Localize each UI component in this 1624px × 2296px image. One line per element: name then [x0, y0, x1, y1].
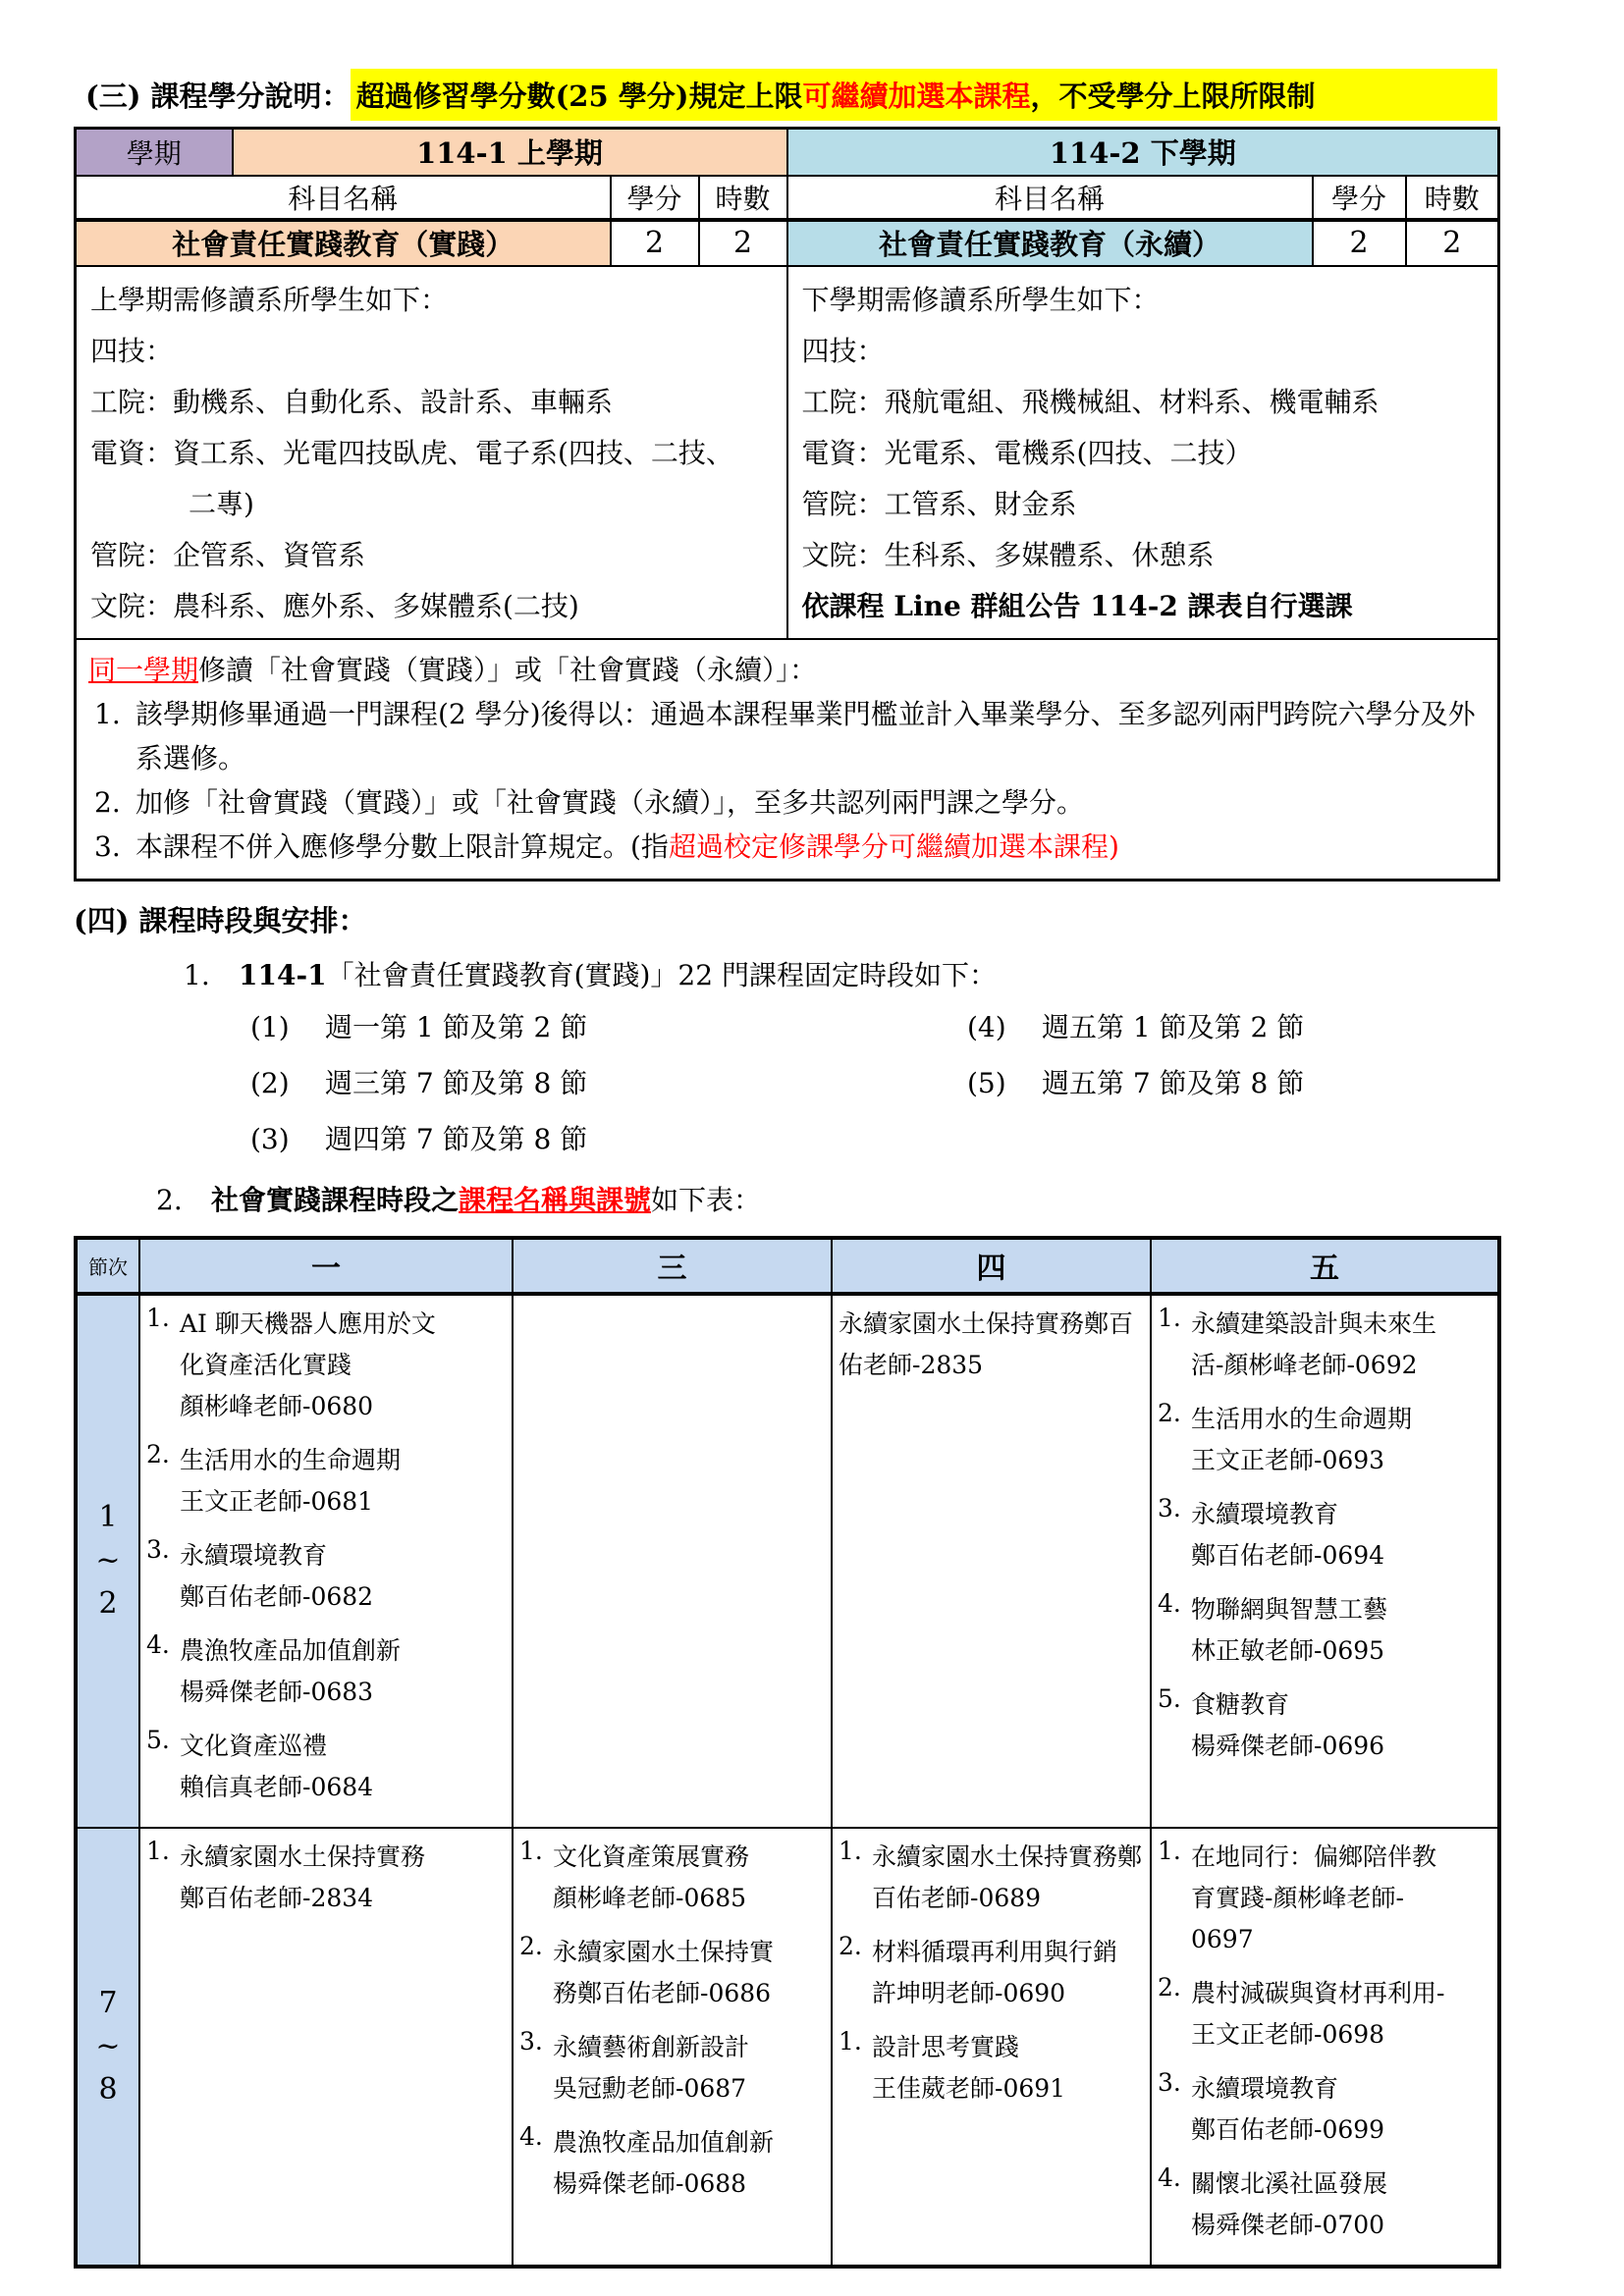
course-item: 1.永續家園水土保持實務鄭百佑老師-2834 — [144, 1837, 510, 1919]
section-title: 課程學分說明： — [151, 80, 351, 113]
course-item: 3.永續環境教育鄭百佑老師-0699 — [1156, 2068, 1495, 2151]
course-item-lines: 文化資產巡禮賴信真老師-0684 — [180, 1726, 510, 1808]
course-item: 1.永續建築設計與未來生活-顏彬峰老師-0692 — [1156, 1304, 1495, 1386]
course-line: 農漁牧產品加值創新 — [180, 1630, 510, 1672]
course-line: 物聯網與智慧工藝 — [1191, 1589, 1495, 1630]
text-line: 電資：資工系、光電四技臥虎、電子系(四技、二技、 — [90, 428, 775, 479]
timeslot-number: (2) — [250, 1055, 325, 1111]
text-part: 超過修習學分數(25 學分)規定上限 — [356, 80, 803, 113]
course-item: 4.物聯網與智慧工藝林正敏老師-0695 — [1156, 1589, 1495, 1672]
text-part: 加修「社會實踐（實踐）」或「社會實踐（永續）」，至多共認列兩門課之學分。 — [135, 786, 1084, 819]
text-part: 修讀「社會實踐（實踐）」或「社會實踐（永續）」： — [198, 654, 817, 686]
timeslot-lists: (1)週一第 1 節及第 2 節(2)週三第 7 節及第 8 節(3)週四第 7… — [74, 999, 1497, 1167]
timeslot-item: (5)週五第 7 節及第 8 節 — [967, 1055, 1497, 1111]
course-sustain-hours: 2 — [1406, 220, 1499, 266]
course-item-number: 2. — [837, 1932, 872, 2014]
text-line: 文院：生科系、多媒體系、休憩系 — [802, 530, 1487, 581]
course-line: 顏彬峰老師-0685 — [553, 1878, 829, 1919]
course-item-number: 1. — [1156, 1837, 1191, 1960]
course-item: 2.生活用水的生命週期王文正老師-0681 — [144, 1440, 510, 1522]
course-practice-credits: 2 — [611, 220, 699, 266]
schedule-item-2: 2. 社會實踐課程時段之課程名稱與課號如下表： — [74, 1177, 1497, 1224]
course-item: 1.文化資產策展實務顏彬峰老師-0685 — [517, 1837, 829, 1919]
course-line: 佑老師-2835 — [839, 1345, 1148, 1386]
course-line: 在地同行：偏鄉陪伴教 — [1191, 1837, 1495, 1878]
course-line: 王文正老師-0693 — [1191, 1440, 1495, 1481]
period-numbers: 7~8 — [79, 1830, 137, 2264]
course-item: 3.永續環境教育鄭百佑老師-0694 — [1156, 1494, 1495, 1576]
course-line: 楊舜傑老師-0683 — [180, 1672, 510, 1713]
course-item-lines: 文化資產策展實務顏彬峰老師-0685 — [553, 1837, 829, 1919]
course-item-number: 2. — [1156, 1973, 1191, 2056]
course-item-number: 3. — [1156, 1494, 1191, 1576]
course-item: 4.農漁牧產品加值創新楊舜傑老師-0688 — [517, 2122, 829, 2205]
timetable-header-friday: 五 — [1151, 1238, 1499, 1294]
course-line: 楊舜傑老師-0700 — [1191, 2205, 1495, 2246]
note-item-text: 該學期修畢通過一門課程(2 學分)後得以：通過本課程畢業門檻並計入畢業學分、至多… — [135, 692, 1488, 780]
course-line: 楊舜傑老師-0688 — [553, 2163, 829, 2205]
course-item: 5.文化資產巡禮賴信真老師-0684 — [144, 1726, 510, 1808]
course-item-number: 1. — [144, 1837, 180, 1919]
credit-limit-highlight: 超過修習學分數(25 學分)規定上限可繼續加選本課程，不受學分上限所限制 — [351, 69, 1497, 121]
course-line: 永續家園水土保持實務 — [180, 1837, 510, 1878]
section-schedule: (四) 課程時段與安排： 1. 114-1「社會責任實踐教育(實踐)」22 門課… — [74, 897, 1497, 1224]
section-number: (三) — [85, 80, 151, 113]
text-line: 依課程 Line 群組公告 114-2 課表自行選課 — [802, 581, 1487, 632]
text-line: 電資：光電系、電機系(四技、二技） — [802, 428, 1487, 479]
course-line: 農漁牧產品加值創新 — [553, 2122, 829, 2163]
course-item-number: 1. — [1156, 1304, 1191, 1386]
course-item-number: 1. — [144, 1304, 180, 1427]
course-line: 農村減碳與資材再利用- — [1191, 1973, 1495, 2014]
timeslot-list-left: (1)週一第 1 節及第 2 節(2)週三第 7 節及第 8 節(3)週四第 7… — [250, 999, 967, 1167]
semester-course-table: 學期 114-1 上學期 114-2 下學期 科目名稱 學分 時數 科目名稱 學… — [74, 127, 1500, 881]
course-item-number: 1. — [517, 1837, 553, 1919]
course-line: 永續環境教育 — [1191, 1494, 1495, 1535]
semester-label-cell: 學期 — [76, 129, 233, 176]
course-line: 永續家園水土保持實務鄭百 — [839, 1304, 1148, 1345]
note-item-number: 1. — [86, 692, 135, 780]
semester-1-cell: 114-1 上學期 — [233, 129, 787, 176]
course-item-lines: 生活用水的生命週期王文正老師-0681 — [180, 1440, 510, 1522]
course-item-number: 4. — [1156, 2163, 1191, 2246]
course-item-number: 3. — [144, 1535, 180, 1618]
text-part: 同一學期 — [88, 654, 198, 686]
course-item-lines: 農漁牧產品加值創新楊舜傑老師-0683 — [180, 1630, 510, 1713]
cell-wednesday-7-8: 1.文化資產策展實務顏彬峰老師-06852.永續家園水土保持實務鄭百佑老師-06… — [513, 1828, 832, 2267]
course-item-number: 3. — [517, 2027, 553, 2109]
course-sustain-name: 社會責任實踐教育（永續） — [787, 220, 1313, 266]
course-line: 務鄭百佑老師-0686 — [553, 1973, 829, 2014]
course-item-number: 4. — [1156, 1589, 1191, 1672]
schedule-item-1-text: 114-1「社會責任實踐教育(實踐)」22 門課程固定時段如下： — [239, 952, 997, 999]
course-item-lines: 永續環境教育鄭百佑老師-0694 — [1191, 1494, 1495, 1576]
timeslot-item: (2)週三第 7 節及第 8 節 — [250, 1055, 967, 1111]
course-item: 1.在地同行：偏鄉陪伴教育實踐-顏彬峰老師-0697 — [1156, 1837, 1495, 1960]
text-part: ，不受學分上限所限制 — [1030, 80, 1315, 113]
semester-2-cell: 114-2 下學期 — [787, 129, 1499, 176]
text-part: 超過校定修課學分可繼續加選本課程 — [669, 830, 1109, 863]
period-cell-7-8: 7~8 — [76, 1828, 139, 2267]
text-line: 工院：飛航電組、飛機械組、材料系、機電輔系 — [802, 377, 1487, 428]
text-part: ) — [1109, 830, 1119, 863]
timetable: 節次 一 三 四 五 1~2 1.AI 聊天機器人應用於文化資產活化實踐顏彬峰老… — [74, 1236, 1501, 2269]
course-item-number: 1. — [837, 2027, 872, 2109]
section-heading-credits-label: (三) 課程學分說明： — [74, 69, 351, 121]
course-line: 關懷北溪社區發展 — [1191, 2163, 1495, 2205]
dept-list-fall: 上學期需修讀系所學生如下：四技：工院：動機系、自動化系、設計系、車輛系電資：資工… — [76, 266, 787, 639]
note-item-number: 3. — [86, 825, 135, 869]
timetable-header-row: 節次 一 三 四 五 — [76, 1238, 1499, 1294]
course-item-lines: AI 聊天機器人應用於文化資產活化實踐顏彬峰老師-0680 — [180, 1304, 510, 1427]
course-line: 材料循環再利用與行銷 — [872, 1932, 1148, 1973]
course-item-number: 3. — [1156, 2068, 1191, 2151]
period-number: ~ — [95, 2025, 120, 2068]
timeslot-item: (4)週五第 1 節及第 2 節 — [967, 999, 1497, 1055]
timeslot-number: (4) — [967, 999, 1042, 1055]
period-numbers: 1~2 — [79, 1297, 137, 1826]
course-line: 王佳葳老師-0691 — [872, 2068, 1148, 2109]
course-sustain-credits: 2 — [1313, 220, 1406, 266]
course-line: 鄭百佑老師-2834 — [180, 1878, 510, 1919]
course-line: 永續建築設計與未來生 — [1191, 1304, 1495, 1345]
course-item: 4.農漁牧產品加值創新楊舜傑老師-0683 — [144, 1630, 510, 1713]
course-line: 永續家園水土保持實 — [553, 1932, 829, 1973]
course-item: 2.農村減碳與資材再利用-王文正老師-0698 — [1156, 1973, 1495, 2056]
course-item-lines: 農村減碳與資材再利用-王文正老師-0698 — [1191, 1973, 1495, 2056]
timeslot-text: 週三第 7 節及第 8 節 — [325, 1055, 587, 1111]
course-item-number: 5. — [144, 1726, 180, 1808]
period-number: 2 — [98, 1582, 117, 1626]
period-number: 1 — [98, 1496, 117, 1539]
course-practice-hours: 2 — [699, 220, 787, 266]
text-part: 114-1 — [239, 959, 327, 991]
credit-col-header-spring: 學分 — [1313, 176, 1406, 220]
timeslot-text: 週一第 1 節及第 2 節 — [325, 999, 587, 1055]
timetable-row-periods-1-2: 1~2 1.AI 聊天機器人應用於文化資產活化實踐顏彬峰老師-06802.生活用… — [76, 1294, 1499, 1828]
timetable-header-period: 節次 — [76, 1238, 139, 1294]
course-line: 文化資產策展實務 — [553, 1837, 829, 1878]
course-item-lines: 材料循環再利用與行銷許坤明老師-0690 — [872, 1932, 1148, 2014]
note-item: 3.本課程不併入應修學分數上限計算規定。(指超過校定修課學分可繼續加選本課程) — [86, 825, 1488, 869]
text-line: 管院：工管系、財金系 — [802, 479, 1487, 530]
timetable-header-monday: 一 — [139, 1238, 513, 1294]
course-item-lines: 永續環境教育鄭百佑老師-0699 — [1191, 2068, 1495, 2151]
text-line: 管院：企管系、資管系 — [90, 530, 775, 581]
notes-list: 1.該學期修畢通過一門課程(2 學分)後得以：通過本課程畢業門檻並計入畢業學分、… — [86, 692, 1488, 869]
course-line: 化資產活化實踐 — [180, 1345, 510, 1386]
course-item: 1.AI 聊天機器人應用於文化資產活化實踐顏彬峰老師-0680 — [144, 1304, 510, 1427]
course-line: 鄭百佑老師-0699 — [1191, 2109, 1495, 2151]
course-line: 林正敏老師-0695 — [1191, 1630, 1495, 1672]
note-item-text: 加修「社會實踐（實踐）」或「社會實踐（永續）」，至多共認列兩門課之學分。 — [135, 780, 1488, 825]
course-line: 許坤明老師-0690 — [872, 1973, 1148, 2014]
timeslot-list-right: (4)週五第 1 節及第 2 節(5)週五第 7 節及第 8 節 — [967, 999, 1497, 1167]
period-number: ~ — [95, 1539, 120, 1582]
course-line: AI 聊天機器人應用於文 — [180, 1304, 510, 1345]
cell-thursday-1-2: 永續家園水土保持實務鄭百佑老師-2835 — [832, 1294, 1151, 1828]
timetable-header-wednesday: 三 — [513, 1238, 832, 1294]
course-item-lines: 食糖教育楊舜傑老師-0696 — [1191, 1684, 1495, 1767]
subject-col-header-spring: 科目名稱 — [787, 176, 1313, 220]
course-item-lines: 在地同行：偏鄉陪伴教育實踐-顏彬峰老師-0697 — [1191, 1837, 1495, 1960]
document-page: (三) 課程學分說明： 超過修習學分數(25 學分)規定上限可繼續加選本課程，不… — [0, 0, 1624, 2296]
course-item-lines: 關懷北溪社區發展楊舜傑老師-0700 — [1191, 2163, 1495, 2246]
period-cell-1-2: 1~2 — [76, 1294, 139, 1828]
course-item: 3.永續環境教育鄭百佑老師-0682 — [144, 1535, 510, 1618]
cell-monday-1-2: 1.AI 聊天機器人應用於文化資產活化實踐顏彬峰老師-06802.生活用水的生命… — [139, 1294, 513, 1828]
course-item-lines: 永續家園水土保持實務鄭百佑老師-2834 — [180, 1837, 510, 1919]
note-item: 1.該學期修畢通過一門課程(2 學分)後得以：通過本課程畢業門檻並計入畢業學分、… — [86, 692, 1488, 780]
text-part: 社會實踐課程時段之 — [211, 1184, 459, 1216]
course-item-lines: 設計思考實踐王佳葳老師-0691 — [872, 2027, 1148, 2109]
note-item: 2.加修「社會實踐（實踐）」或「社會實踐（永續）」，至多共認列兩門課之學分。 — [86, 780, 1488, 825]
course-item: 永續家園水土保持實務鄭百佑老師-2835 — [837, 1304, 1148, 1386]
notes-lead: 同一學期修讀「社會實踐（實踐）」或「社會實踐（永續）」： — [86, 648, 1488, 692]
course-line: 0697 — [1191, 1919, 1495, 1960]
course-line: 王文正老師-0681 — [180, 1481, 510, 1522]
course-item-lines: 農漁牧產品加值創新楊舜傑老師-0688 — [553, 2122, 829, 2205]
text-part: 課程名稱與課號 — [459, 1184, 651, 1216]
cell-thursday-7-8: 1.永續家園水土保持實務鄭百佑老師-06892.材料循環再利用與行銷許坤明老師-… — [832, 1828, 1151, 2267]
course-line: 王文正老師-0698 — [1191, 2014, 1495, 2056]
hour-col-header-fall: 時數 — [699, 176, 787, 220]
timetable-header-thursday: 四 — [832, 1238, 1151, 1294]
text-line: 二專) — [90, 479, 775, 530]
course-line: 育實踐-顏彬峰老師- — [1191, 1878, 1495, 1919]
schedule-item-1: 1. 114-1「社會責任實踐教育(實踐)」22 門課程固定時段如下： — [74, 952, 1497, 999]
course-item-number: 5. — [1156, 1684, 1191, 1767]
course-line: 生活用水的生命週期 — [180, 1440, 510, 1481]
text-line: 四技： — [90, 326, 775, 377]
course-item: 2.材料循環再利用與行銷許坤明老師-0690 — [837, 1932, 1148, 2014]
schedule-item-2-text: 社會實踐課程時段之課程名稱與課號如下表： — [211, 1177, 761, 1224]
schedule-item-1-number: 1. — [184, 952, 239, 999]
subject-col-header-fall: 科目名稱 — [76, 176, 611, 220]
timeslot-number: (1) — [250, 999, 325, 1055]
cell-monday-7-8: 1.永續家園水土保持實務鄭百佑老師-2834 — [139, 1828, 513, 2267]
course-line: 永續環境教育 — [1191, 2068, 1495, 2109]
dept-list-spring: 下學期需修讀系所學生如下：四技：工院：飛航電組、飛機械組、材料系、機電輔系電資：… — [787, 266, 1499, 639]
course-item-lines: 永續家園水土保持實務鄭百佑老師-0686 — [553, 1932, 829, 2014]
timeslot-item: (1)週一第 1 節及第 2 節 — [250, 999, 967, 1055]
course-practice-name: 社會責任實踐教育（實踐） — [76, 220, 611, 266]
note-item-text: 本課程不併入應修學分數上限計算規定。(指超過校定修課學分可繼續加選本課程) — [135, 825, 1488, 869]
text-part: 如下表： — [651, 1184, 761, 1216]
cell-friday-7-8: 1.在地同行：偏鄉陪伴教育實踐-顏彬峰老師-06972.農村減碳與資材再利用-王… — [1151, 1828, 1499, 2267]
course-line: 鄭百佑老師-0694 — [1191, 1535, 1495, 1576]
timeslot-number: (3) — [250, 1111, 325, 1167]
course-item-lines: 永續建築設計與未來生活-顏彬峰老師-0692 — [1191, 1304, 1495, 1386]
timeslot-text: 週五第 1 節及第 2 節 — [1042, 999, 1304, 1055]
course-line: 楊舜傑老師-0696 — [1191, 1726, 1495, 1767]
course-item: 2.生活用水的生命週期王文正老師-0693 — [1156, 1399, 1495, 1481]
course-item-lines: 永續環境教育鄭百佑老師-0682 — [180, 1535, 510, 1618]
course-line: 鄭百佑老師-0682 — [180, 1576, 510, 1618]
text-line: 下學期需修讀系所學生如下： — [802, 275, 1487, 326]
hour-col-header-spring: 時數 — [1406, 176, 1499, 220]
timeslot-number: (5) — [967, 1055, 1042, 1111]
cell-wednesday-1-2 — [513, 1294, 832, 1828]
course-item-number: 4. — [144, 1630, 180, 1713]
course-line: 生活用水的生命週期 — [1191, 1399, 1495, 1440]
course-item-number: 1. — [837, 1837, 872, 1919]
timeslot-item: (3)週四第 7 節及第 8 節 — [250, 1111, 967, 1167]
timeslot-text: 週四第 7 節及第 8 節 — [325, 1111, 587, 1167]
text-line: 上學期需修讀系所學生如下： — [90, 275, 775, 326]
course-line: 賴信真老師-0684 — [180, 1767, 510, 1808]
course-item-number: 2. — [517, 1932, 553, 2014]
section-heading-credits: (三) 課程學分說明： 超過修習學分數(25 學分)規定上限可繼續加選本課程，不… — [74, 69, 1497, 121]
course-item-number: 4. — [517, 2122, 553, 2205]
credit-col-header-fall: 學分 — [611, 176, 699, 220]
course-item: 5.食糖教育楊舜傑老師-0696 — [1156, 1684, 1495, 1767]
course-line: 食糖教育 — [1191, 1684, 1495, 1726]
course-item-lines: 生活用水的生命週期王文正老師-0693 — [1191, 1399, 1495, 1481]
course-line: 百佑老師-0689 — [872, 1878, 1148, 1919]
course-item-number: 2. — [144, 1440, 180, 1522]
course-item: 1.設計思考實踐王佳葳老師-0691 — [837, 2027, 1148, 2109]
timetable-row-periods-7-8: 7~8 1.永續家園水土保持實務鄭百佑老師-2834 1.文化資產策展實務顏彬峰… — [76, 1828, 1499, 2267]
period-number: 7 — [98, 1982, 117, 2025]
text-part: 「社會責任實踐教育(實踐)」22 門課程固定時段如下： — [327, 959, 997, 991]
course-item: 2.永續家園水土保持實務鄭百佑老師-0686 — [517, 1932, 829, 2014]
course-line: 顏彬峰老師-0680 — [180, 1386, 510, 1427]
text-part: 該學期修畢通過一門課程(2 學分)後得以：通過本課程畢業門檻並計入畢業學分、至多… — [135, 698, 1476, 774]
text-line: 文院：農科系、應外系、多媒體系(二技) — [90, 581, 775, 632]
course-item: 3.永續藝術創新設計吳冠勳老師-0687 — [517, 2027, 829, 2109]
course-item: 1.永續家園水土保持實務鄭百佑老師-0689 — [837, 1837, 1148, 1919]
course-item-lines: 永續藝術創新設計吳冠勳老師-0687 — [553, 2027, 829, 2109]
course-line: 永續家園水土保持實務鄭 — [872, 1837, 1148, 1878]
section-heading-schedule: (四) 課程時段與安排： — [74, 897, 1497, 944]
course-line: 設計思考實踐 — [872, 2027, 1148, 2068]
course-item: 4.關懷北溪社區發展楊舜傑老師-0700 — [1156, 2163, 1495, 2246]
course-line: 吳冠勳老師-0687 — [553, 2068, 829, 2109]
course-line: 永續藝術創新設計 — [553, 2027, 829, 2068]
document-content: (三) 課程學分說明： 超過修習學分數(25 學分)規定上限可繼續加選本課程，不… — [74, 69, 1497, 2269]
text-line: 工院：動機系、自動化系、設計系、車輛系 — [90, 377, 775, 428]
notes-cell: 同一學期修讀「社會實踐（實踐）」或「社會實踐（永續）」： 1.該學期修畢通過一門… — [76, 639, 1499, 881]
schedule-item-2-number: 2. — [156, 1177, 211, 1224]
course-line: 文化資產巡禮 — [180, 1726, 510, 1767]
timeslot-text: 週五第 7 節及第 8 節 — [1042, 1055, 1304, 1111]
course-line: 活-顏彬峰老師-0692 — [1191, 1345, 1495, 1386]
course-item-lines: 永續家園水土保持實務鄭百佑老師-0689 — [872, 1837, 1148, 1919]
note-item-number: 2. — [86, 780, 135, 825]
cell-friday-1-2: 1.永續建築設計與未來生活-顏彬峰老師-06922.生活用水的生命週期王文正老師… — [1151, 1294, 1499, 1828]
course-item-number: 2. — [1156, 1399, 1191, 1481]
text-line: 四技： — [802, 326, 1487, 377]
course-item-lines: 永續家園水土保持實務鄭百佑老師-2835 — [839, 1304, 1148, 1386]
text-part: 本課程不併入應修學分數上限計算規定。(指 — [135, 830, 669, 863]
course-item-lines: 物聯網與智慧工藝林正敏老師-0695 — [1191, 1589, 1495, 1672]
text-part: 可繼續加選本課程 — [802, 80, 1030, 113]
course-line: 永續環境教育 — [180, 1535, 510, 1576]
period-number: 8 — [98, 2068, 117, 2111]
